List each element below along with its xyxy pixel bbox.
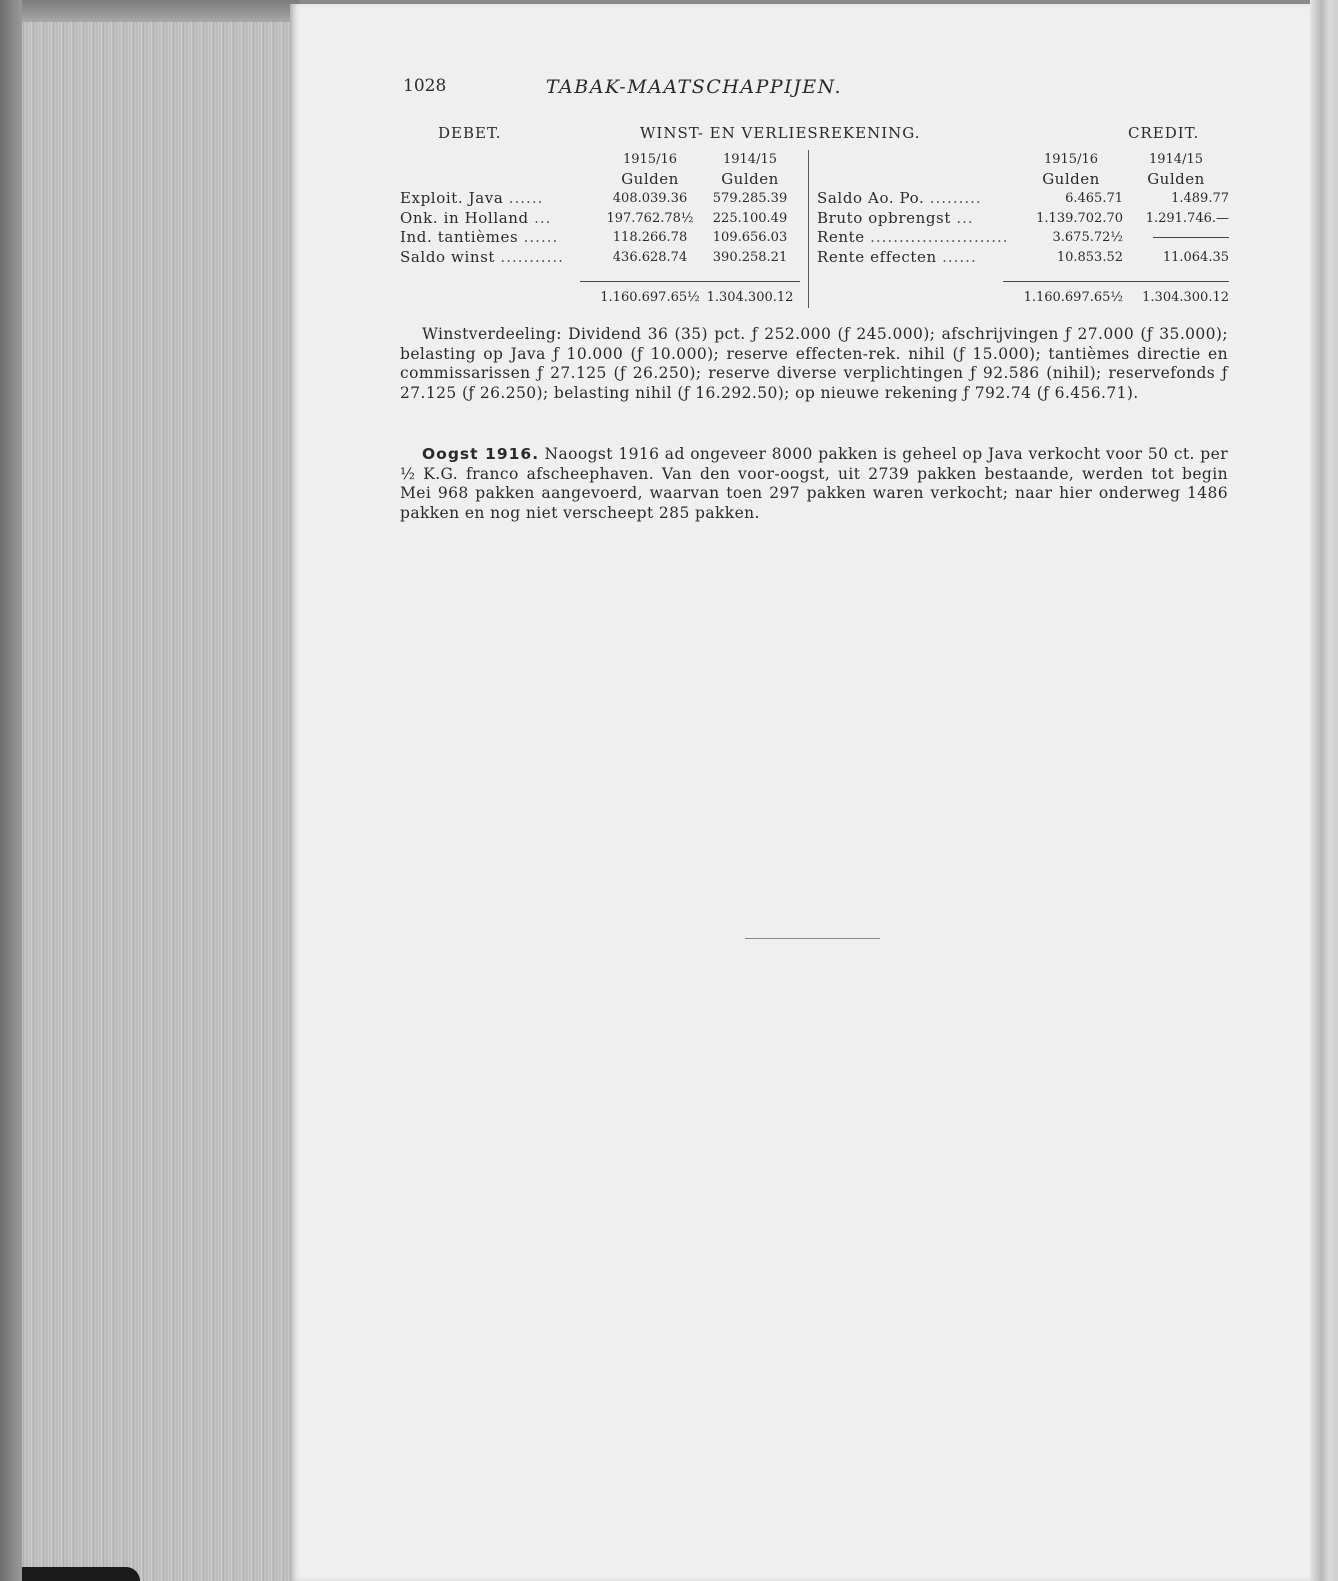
total-rule (580, 281, 800, 282)
credit-row: Bruto opbrengst ...1.139.702.701.291.746… (817, 209, 1229, 229)
credit-value-1914 (1123, 228, 1229, 248)
debet-total-1915: 1.160.697.65½ (600, 288, 700, 308)
oogst-heading: Oogst 1916. (422, 445, 539, 463)
col-year-1915: 1915/16 (1019, 150, 1123, 170)
credit-row-label: Rente ........................ (817, 228, 1019, 248)
debet-value-1914: 390.258.21 (700, 248, 800, 268)
book-page-edges (0, 0, 300, 1581)
credit-value-1915: 6.465.71 (1019, 189, 1123, 209)
debet-row: Saldo winst ...........436.628.74390.258… (400, 248, 800, 268)
account-title: WINST- EN VERLIESREKENING. (640, 124, 920, 142)
col-unit: Gulden (600, 170, 700, 190)
credit-value-1915: 10.853.52 (1019, 248, 1123, 268)
page-right-edge (1310, 0, 1338, 1581)
credit-year-header: 1915/16 1914/15 (817, 150, 1229, 170)
debet-value-1914: 109.656.03 (700, 228, 800, 248)
credit-row-label: Saldo Ao. Po. ......... (817, 189, 1019, 209)
end-of-section-rule (745, 938, 880, 939)
debet-row-label: Saldo winst ........... (400, 248, 600, 268)
debet-row-label: Onk. in Holland ... (400, 209, 600, 229)
debet-heading: DEBET. (438, 124, 502, 142)
col-unit: Gulden (1123, 170, 1229, 190)
debet-total-1914: 1.304.300.12 (700, 288, 800, 308)
debet-value-1915: 408.039.36 (600, 189, 700, 209)
debet-row: Exploit. Java ......408.039.36579.285.39 (400, 189, 800, 209)
empty-value-dash (1153, 237, 1229, 238)
credit-row-label: Bruto opbrengst ... (817, 209, 1019, 229)
credit-table: 1915/16 1914/15 Gulden Gulden Saldo Ao. … (808, 150, 1229, 308)
credit-value-1915: 3.675.72½ (1019, 228, 1123, 248)
credit-total-1915: 1.160.697.65½ (1019, 288, 1123, 308)
credit-heading: CREDIT. (1128, 124, 1199, 142)
total-rule (1003, 281, 1229, 282)
col-year-1915: 1915/16 (600, 150, 700, 170)
credit-value-1914: 11.064.35 (1123, 248, 1229, 268)
debet-value-1914: 579.285.39 (700, 189, 800, 209)
debet-value-1915: 197.762.78½ (600, 209, 700, 229)
credit-value-1915: 1.139.702.70 (1019, 209, 1123, 229)
debet-value-1915: 436.628.74 (600, 248, 700, 268)
debet-row: Onk. in Holland ...197.762.78½225.100.49 (400, 209, 800, 229)
col-unit: Gulden (1019, 170, 1123, 190)
credit-row: Rente ........................3.675.72½ (817, 228, 1229, 248)
debet-row: Ind. tantièmes ......118.266.78109.656.0… (400, 228, 800, 248)
debet-total-row: 1.160.697.65½ 1.304.300.12 (400, 288, 800, 308)
debet-year-header: 1915/16 1914/15 (400, 150, 800, 170)
debet-value-1915: 118.266.78 (600, 228, 700, 248)
col-year-1914: 1914/15 (1123, 150, 1229, 170)
running-head: TABAK-MAATSCHAPPIJEN. (0, 76, 1338, 98)
debet-row-label: Ind. tantièmes ...... (400, 228, 600, 248)
debet-unit-header: Gulden Gulden (400, 170, 800, 190)
credit-total-1914: 1.304.300.12 (1123, 288, 1229, 308)
debet-table: 1915/16 1914/15 Gulden Gulden Exploit. J… (400, 150, 800, 308)
winstverdeeling-paragraph: Winstverdeeling: Dividend 36 (35) pct. ƒ… (400, 325, 1228, 403)
credit-unit-header: Gulden Gulden (817, 170, 1229, 190)
col-year-1914: 1914/15 (700, 150, 800, 170)
debet-row-label: Exploit. Java ...... (400, 189, 600, 209)
oogst-paragraph: Oogst 1916. Naoogst 1916 ad ongeveer 800… (400, 445, 1228, 523)
credit-row: Rente effecten ......10.853.5211.064.35 (817, 248, 1229, 268)
credit-row: Saldo Ao. Po. .........6.465.711.489.77 (817, 189, 1229, 209)
book-spine-shadow (0, 0, 22, 1581)
credit-value-1914: 1.489.77 (1123, 189, 1229, 209)
credit-value-1914: 1.291.746.— (1123, 209, 1229, 229)
credit-row-label: Rente effecten ...... (817, 248, 1019, 268)
col-unit: Gulden (700, 170, 800, 190)
credit-total-row: 1.160.697.65½ 1.304.300.12 (817, 288, 1229, 308)
debet-value-1914: 225.100.49 (700, 209, 800, 229)
